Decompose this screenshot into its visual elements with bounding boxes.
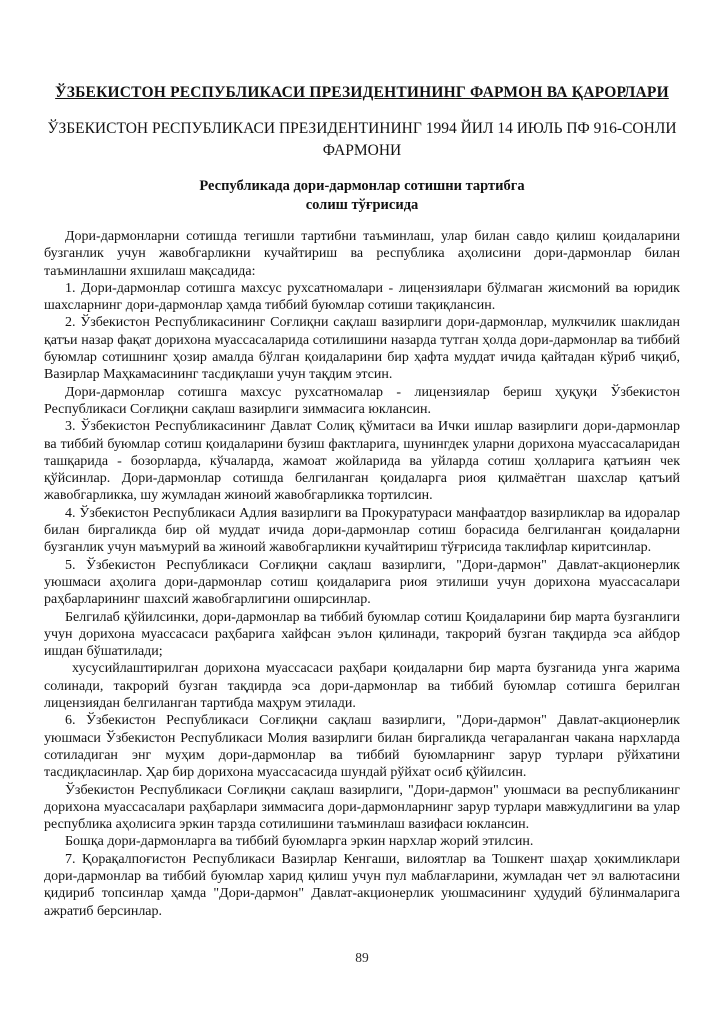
decree-title-line2: солиш тўғрисида xyxy=(44,196,680,215)
paragraph-item-2: 2. Ўзбекистон Республикасининг Соғлиқни … xyxy=(44,314,680,383)
paragraph-preamble: Дори-дармонларни сотишда тегишли тартибн… xyxy=(44,228,680,280)
decree-body: Дори-дармонларни сотишда тегишли тартибн… xyxy=(44,228,680,920)
paragraph-item-1: 1. Дори-дармонлар сотишга махсус рухсатн… xyxy=(44,280,680,315)
paragraph-penalty-private: хусусийлаштирилган дорихона муассасаси р… xyxy=(44,660,680,712)
decree-title-line1: Республикада дори-дармонлар сотишни тарт… xyxy=(44,177,680,196)
decree-heading-line1: ЎЗБЕКИСТОН РЕСПУБЛИКАСИ ПРЕЗИДЕНТИНИНГ 1… xyxy=(44,118,680,140)
paragraph-penalty-state: Белгилаб қўйилсинки, дори-дармонлар ва т… xyxy=(44,609,680,661)
paragraph-availability: Ўзбекистон Республикаси Соғлиқни сақлаш … xyxy=(44,782,680,834)
document-page: ЎЗБЕКИСТОН РЕСПУБЛИКАСИ ПРЕЗИДЕНТИНИНГ Ф… xyxy=(0,0,724,1024)
paragraph-item-4: 4. Ўзбекистон Республикаси Адлия вазирли… xyxy=(44,505,680,557)
document-content: ЎЗБЕКИСТОН РЕСПУБЛИКАСИ ПРЕЗИДЕНТИНИНГ Ф… xyxy=(0,0,724,920)
paragraph-item-6: 6. Ўзбекистон Республикаси Соғлиқни сақл… xyxy=(44,712,680,781)
paragraph-free-prices: Бошқа дори-дармонларга ва тиббий буюмлар… xyxy=(44,833,680,850)
decree-heading-line2: ФАРМОНИ xyxy=(44,140,680,162)
paragraph-item-5: 5. Ўзбекистон Республикаси Соғлиқни сақл… xyxy=(44,557,680,609)
paragraph-item-7: 7. Қорақалпоғистон Республикаси Вазирлар… xyxy=(44,851,680,920)
page-number: 89 xyxy=(0,950,724,966)
section-title: ЎЗБЕКИСТОН РЕСПУБЛИКАСИ ПРЕЗИДЕНТИНИНГ Ф… xyxy=(44,0,680,102)
decree-heading: ЎЗБЕКИСТОН РЕСПУБЛИКАСИ ПРЕЗИДЕНТИНИНГ 1… xyxy=(44,118,680,162)
paragraph-item-3: 3. Ўзбекистон Республикасининг Давлат Со… xyxy=(44,418,680,504)
paragraph-licensing: Дори-дармонлар сотишга махсус рухсатнома… xyxy=(44,384,680,419)
decree-title: Республикада дори-дармонлар сотишни тарт… xyxy=(44,177,680,215)
